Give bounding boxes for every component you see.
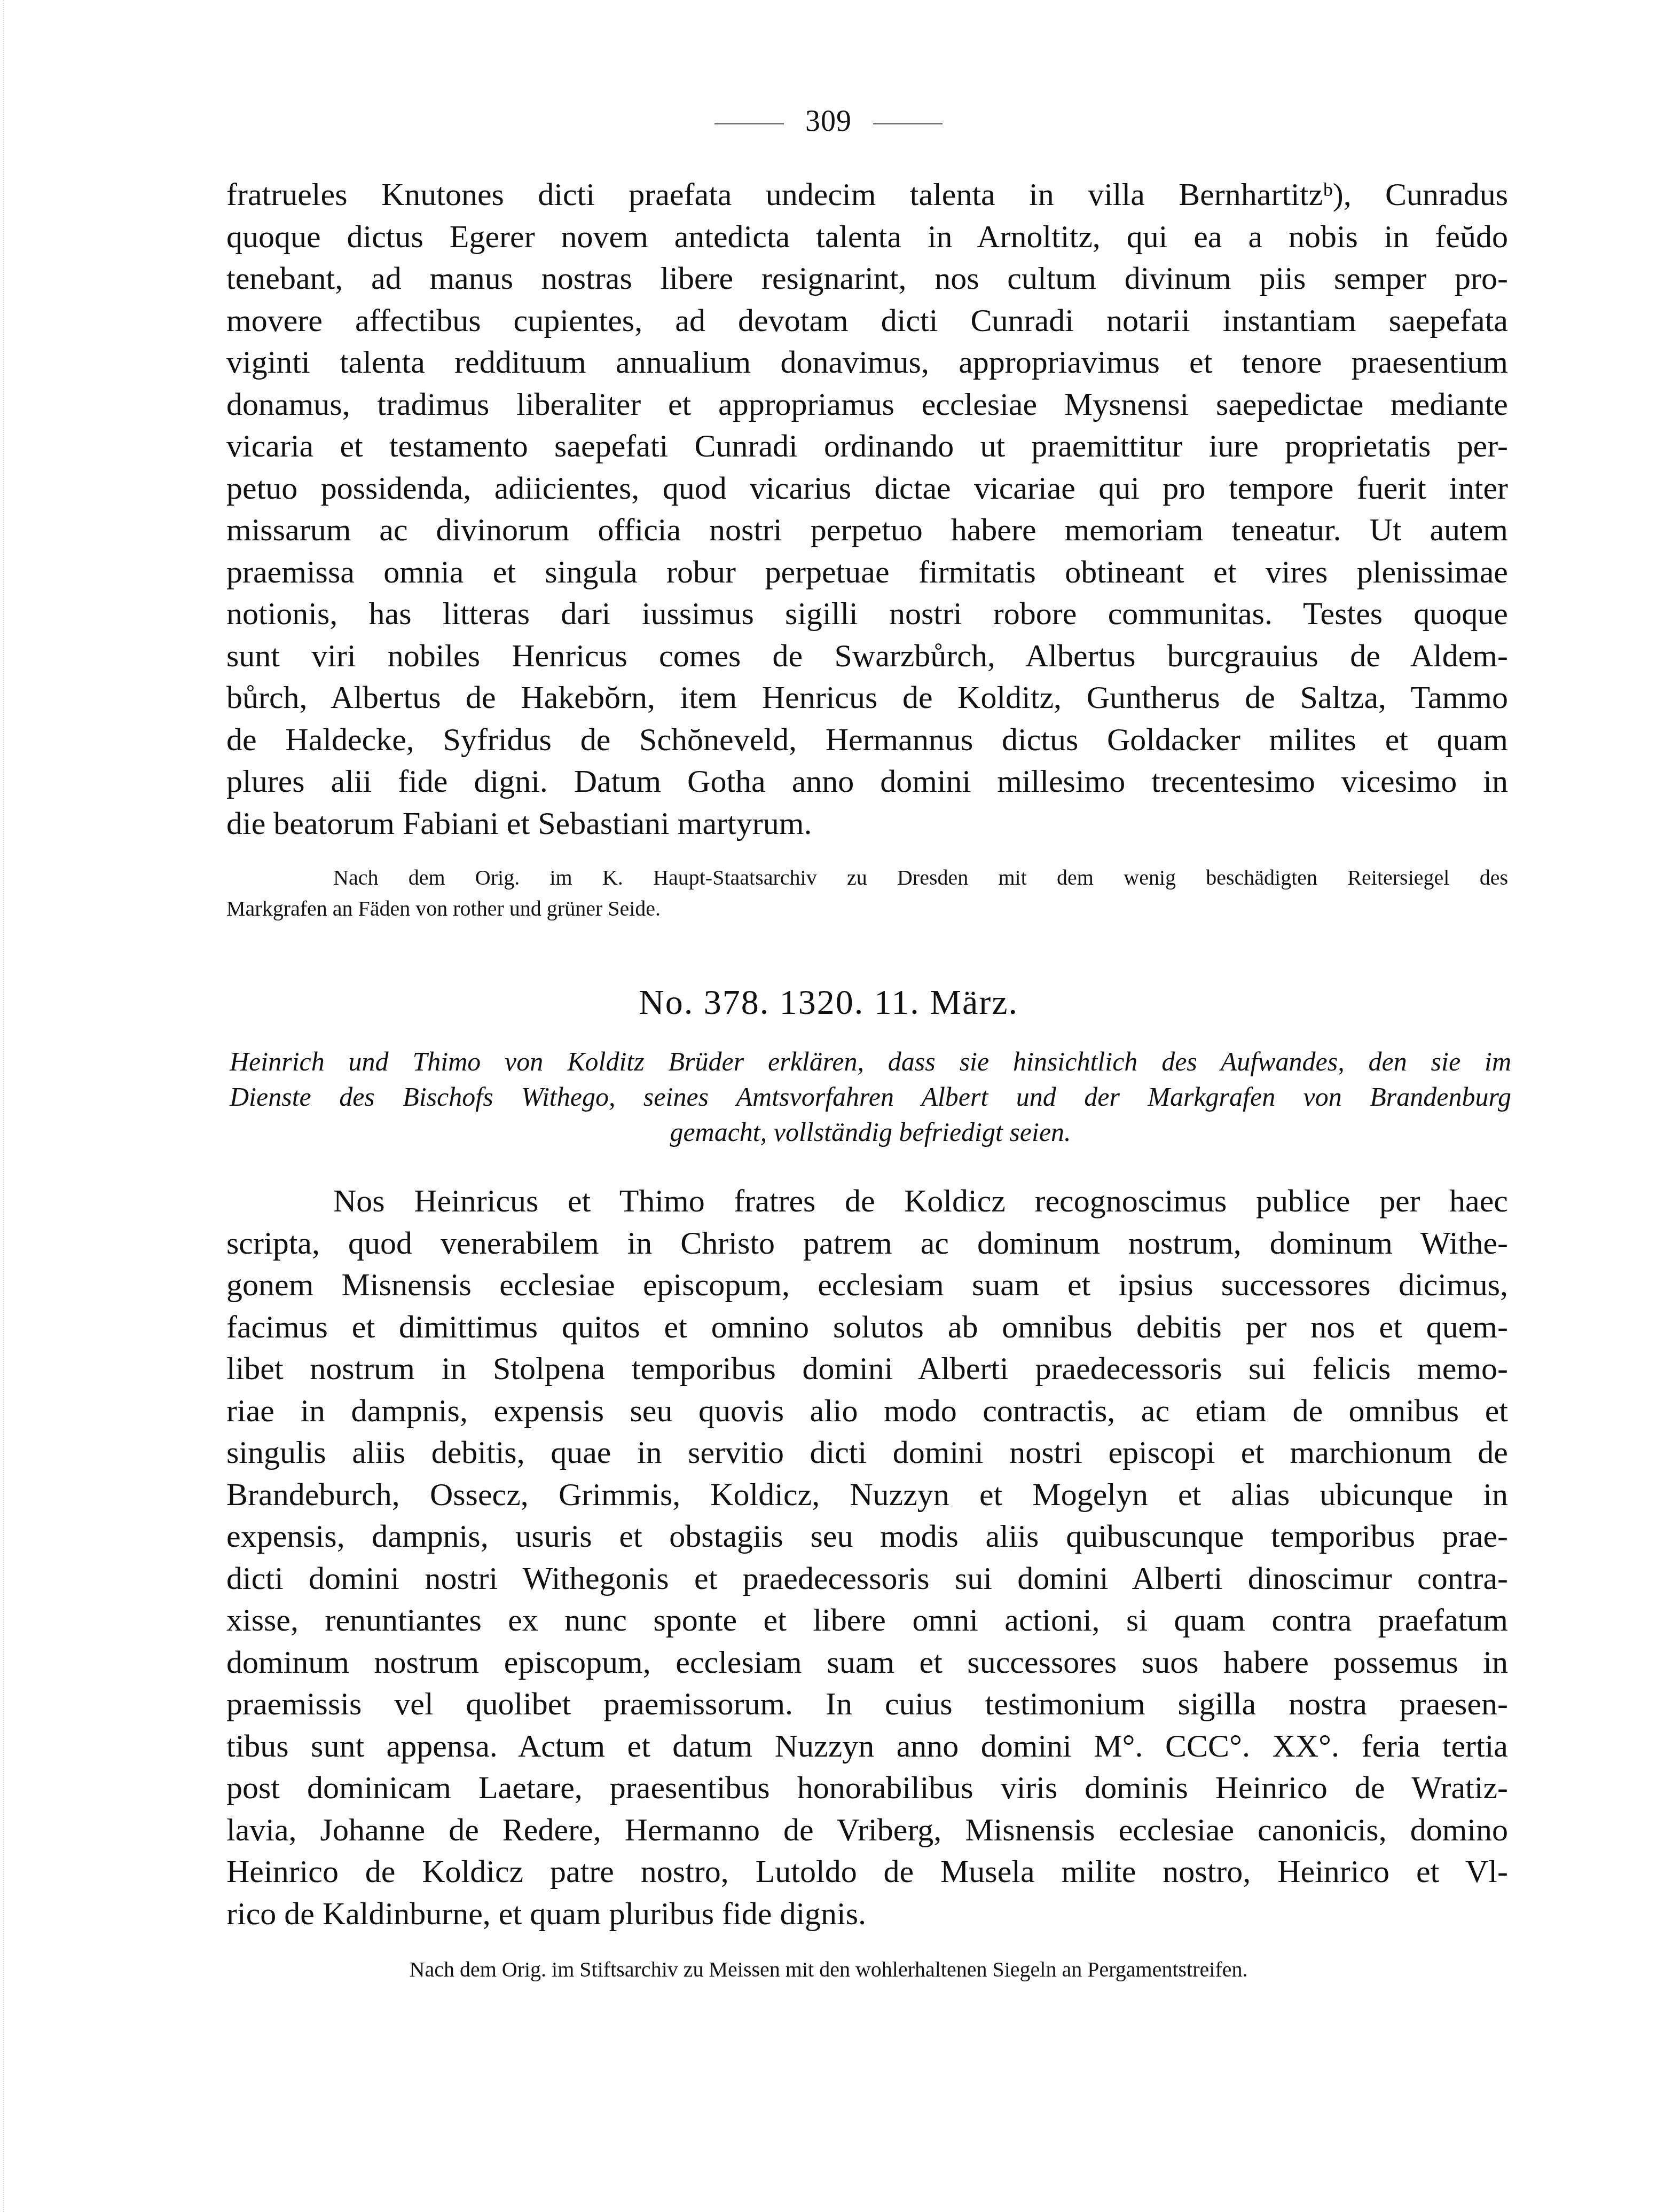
- note-line: Markgrafen an Fäden von rother und grüne…: [226, 893, 1508, 924]
- text-line: sunt viri nobiles Henricus comes de Swar…: [226, 635, 1508, 677]
- text-line: dominum nostrum episcopum, ecclesiam sua…: [226, 1641, 1508, 1683]
- text-line: praemissa omnia et singula robur perpetu…: [226, 551, 1508, 593]
- text-line: libet nostrum in Stolpena temporibus dom…: [226, 1348, 1508, 1390]
- text-line: tibus sunt appensa. Actum et datum Nuzzy…: [226, 1725, 1508, 1767]
- note-line: Nach dem Orig. im K. Haupt-Staatsarchiv …: [226, 862, 1508, 893]
- text-line: Brandeburch, Ossecz, Grimmis, Koldicz, N…: [226, 1474, 1508, 1516]
- document-source-note: Nach dem Orig. im Stiftsarchiv zu Meisse…: [0, 1954, 1657, 1985]
- document-text: Nos Heinricus et Thimo fratres de Koldic…: [226, 1180, 1508, 1934]
- page-number: 309: [805, 105, 852, 138]
- previous-document-text: fratrueles Knutones dicti praefata undec…: [226, 174, 1508, 844]
- text-line: facimus et dimittimus quitos et omnino s…: [226, 1306, 1508, 1348]
- text-line: dicti domini nostri Withegonis et praede…: [226, 1557, 1508, 1600]
- text-line: singulis aliis debitis, quae in servitio…: [226, 1431, 1508, 1474]
- summary-line: Dienste des Bischofs Withego, seines Amt…: [230, 1079, 1511, 1114]
- page-header: 309: [0, 104, 1657, 138]
- document-summary: Heinrich und Thimo von Kolditz Brüder er…: [230, 1044, 1511, 1150]
- text-line: die beatorum Fabiani et Sebastiani marty…: [226, 802, 1508, 845]
- text-line: expensis, dampnis, usuris et obstagiis s…: [226, 1515, 1508, 1557]
- text-line: donamus, tradimus liberaliter et appropr…: [226, 383, 1508, 426]
- text-line: lavia, Johanne de Redere, Hermanno de Vr…: [226, 1809, 1508, 1851]
- text-line: tenebant, ad manus nostras libere resign…: [226, 257, 1508, 300]
- previous-source-note: Nach dem Orig. im K. Haupt-Staatsarchiv …: [226, 862, 1508, 924]
- text-line: quoque dictus Egerer novem antedicta tal…: [226, 216, 1508, 258]
- text-line: post dominicam Laetare, praesentibus hon…: [226, 1767, 1508, 1809]
- header-rule-right: [873, 123, 943, 124]
- text-line: plures alii fide digni. Datum Gotha anno…: [226, 760, 1508, 802]
- text-line: rico de Kaldinburne, et quam pluribus fi…: [226, 1893, 1508, 1935]
- document-page: 309 fratrueles Knutones dicti praefata u…: [0, 0, 1657, 2212]
- text-line: movere affectibus cupientes, ad devotam …: [226, 300, 1508, 342]
- text-line: petuo possidenda, adiicientes, quod vica…: [226, 467, 1508, 509]
- summary-line: gemacht, vollständig befriedigt seien.: [230, 1114, 1511, 1150]
- text-line: viginti talenta reddituum annualium dona…: [226, 341, 1508, 383]
- header-rule-left: [714, 123, 784, 124]
- text-line: Nos Heinricus et Thimo fratres de Koldic…: [226, 1180, 1508, 1222]
- text-line: gonem Misnensis ecclesiae episcopum, ecc…: [226, 1264, 1508, 1306]
- summary-line: Heinrich und Thimo von Kolditz Brüder er…: [230, 1044, 1511, 1079]
- text-line: missarum ac divinorum officia nostri per…: [226, 509, 1508, 551]
- text-line: bůrch, Albertus de Hakebŏrn, item Henric…: [226, 676, 1508, 719]
- text-line: praemissis vel quolibet praemissorum. In…: [226, 1683, 1508, 1725]
- text-line: scripta, quod venerabilem in Christo pat…: [226, 1222, 1508, 1264]
- text-line: fratrueles Knutones dicti praefata undec…: [226, 174, 1508, 216]
- text-line: de Haldecke, Syfridus de Schŏneveld, Her…: [226, 719, 1508, 761]
- text-line: vicaria et testamento saepefati Cunradi …: [226, 425, 1508, 467]
- text-line: riae in dampnis, expensis seu quovis ali…: [226, 1390, 1508, 1432]
- page-edge: [3, 0, 5, 2212]
- text-line: xisse, renuntiantes ex nunc sponte et li…: [226, 1599, 1508, 1641]
- text-line: notionis, has litteras dari iussimus sig…: [226, 593, 1508, 635]
- document-title: No. 378. 1320. 11. März.: [0, 982, 1657, 1023]
- text-line: Heinrico de Koldicz patre nostro, Lutold…: [226, 1851, 1508, 1893]
